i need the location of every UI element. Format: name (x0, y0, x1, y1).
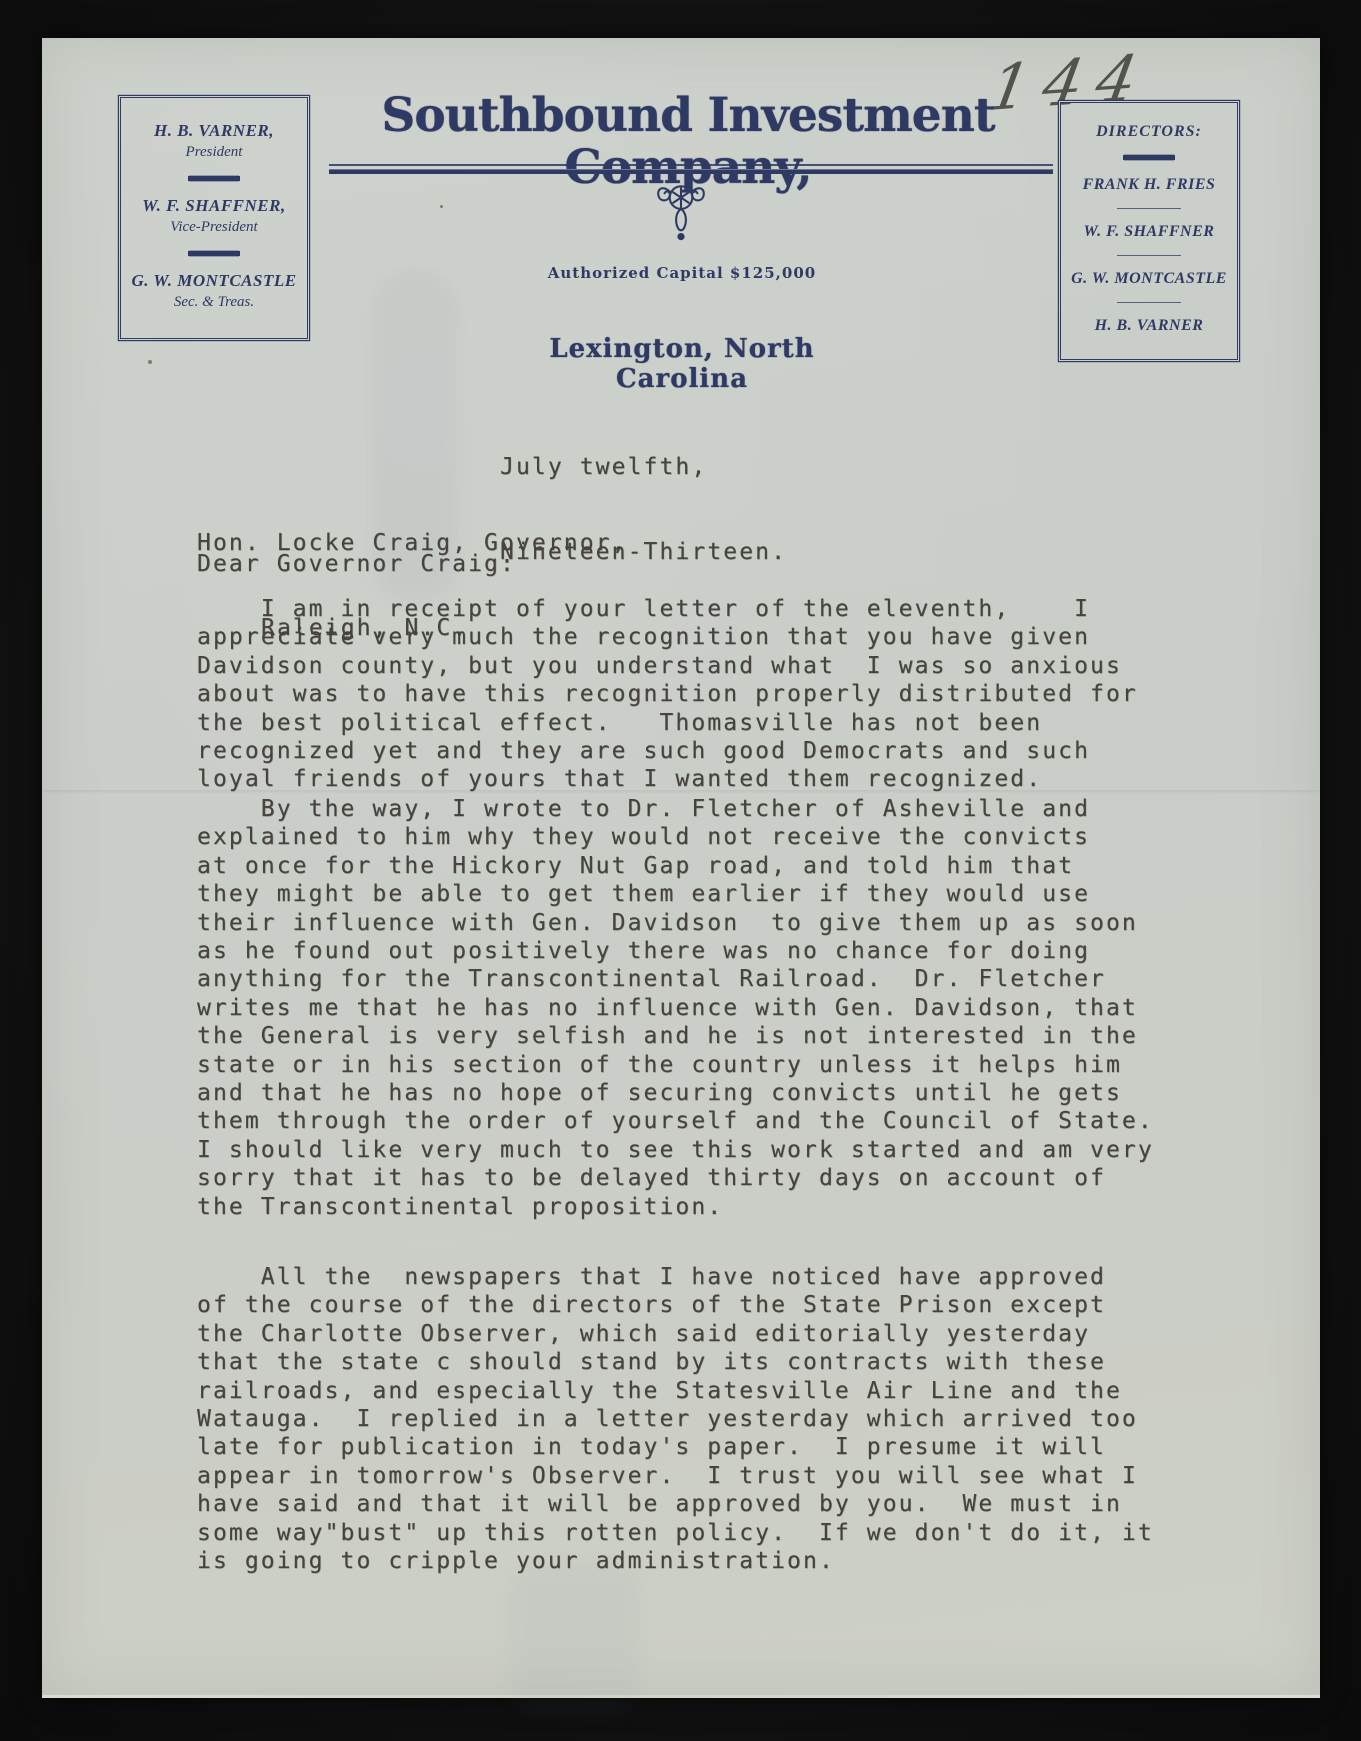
letter-paragraph: I am in receipt of your letter of the el… (197, 595, 1138, 794)
director-name: H. B. VARNER (1061, 315, 1237, 337)
director-divider (1117, 208, 1181, 209)
director-name: G. W. MONTCASTLE (1061, 268, 1237, 290)
officer-title: Sec. & Treas. (121, 292, 307, 312)
director-divider (1117, 255, 1181, 256)
directors-heading: DIRECTORS: (1061, 123, 1237, 141)
officer-title: Vice-President (121, 217, 307, 237)
company-location: Lexington, North Carolina (482, 334, 882, 394)
officer-divider (188, 251, 240, 256)
letter-paragraph: All the newspapers that I have noticed h… (197, 1263, 1154, 1575)
title-underline-rule (329, 164, 1053, 174)
directors-divider (1123, 155, 1175, 160)
officers-box: H. B. VARNER,PresidentW. F. SHAFFNER,Vic… (120, 97, 308, 339)
director-name: FRANK H. FRIES (1061, 174, 1237, 196)
letter-page: 144 H. B. VARNER,PresidentW. F. SHAFFNER… (42, 38, 1320, 1698)
paper-speck (440, 205, 443, 208)
authorized-capital: Authorized Capital $125,000 (482, 264, 882, 282)
bleedthrough-smudge (510, 1566, 640, 1716)
letter-paragraph: By the way, I wrote to Dr. Fletcher of A… (197, 795, 1154, 1221)
scan-background: 144 H. B. VARNER,PresidentW. F. SHAFFNER… (0, 0, 1361, 1741)
salutation: Dear Governor Craig: (197, 550, 516, 578)
directors-box: DIRECTORS:FRANK H. FRIESW. F. SHAFFNERG.… (1060, 102, 1238, 360)
paper-speck (148, 360, 152, 364)
letterhead-flourish-icon (655, 175, 707, 267)
officer-name: H. B. VARNER, (121, 120, 307, 142)
officer-name: G. W. MONTCASTLE (121, 270, 307, 292)
director-divider (1117, 302, 1181, 303)
officer-divider (188, 176, 240, 181)
director-name: W. F. SHAFFNER (1061, 221, 1237, 243)
officer-name: W. F. SHAFFNER, (121, 195, 307, 217)
officer-title: President (121, 142, 307, 162)
